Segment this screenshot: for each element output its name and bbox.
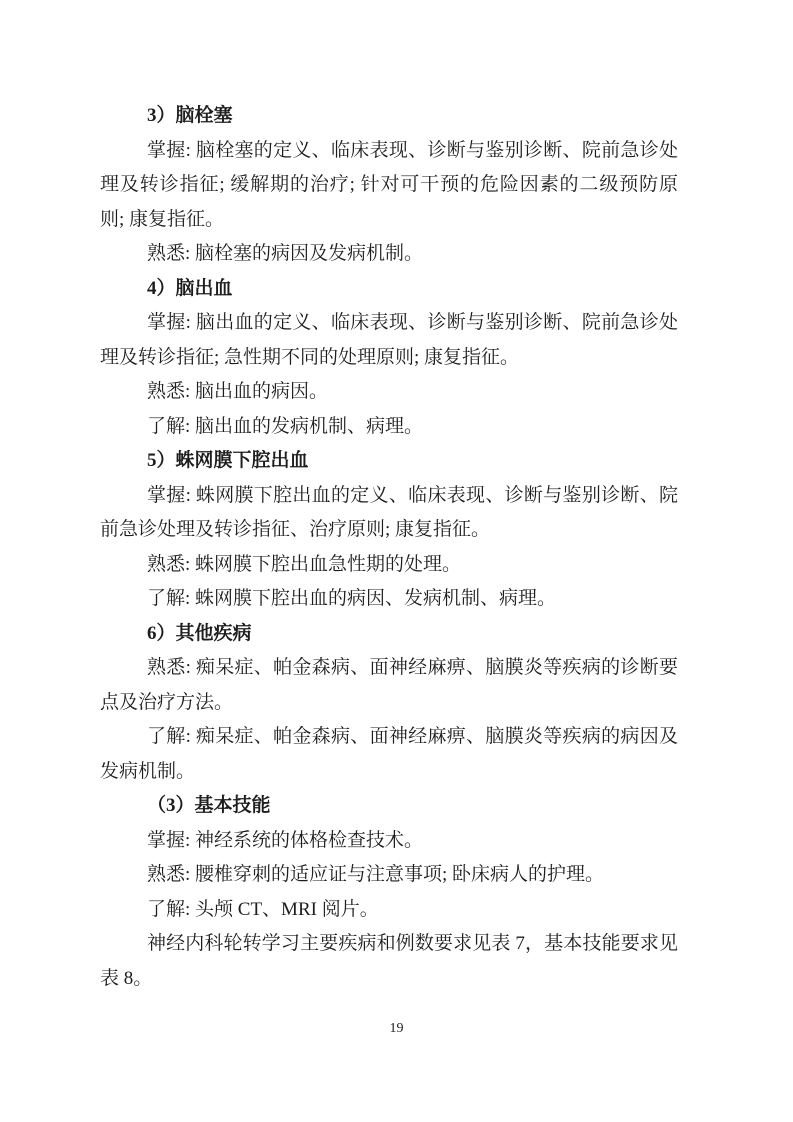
paragraph-line: 熟悉: 痴呆症、帕金森病、面神经麻痹、脑膜炎等疾病的诊断要 bbox=[100, 651, 678, 686]
paragraph-line: 了解: 脑出血的发病机制、病理。 bbox=[100, 410, 678, 445]
paragraph-line: 发病机制。 bbox=[100, 755, 678, 790]
paragraph-line: 点及治疗方法。 bbox=[100, 686, 678, 721]
section-heading: 4）脑出血 bbox=[100, 272, 678, 307]
paragraph-line: 掌握: 脑出血的定义、临床表现、诊断与鉴别诊断、院前急诊处 bbox=[100, 306, 678, 341]
paragraph-line: 熟悉: 脑出血的病因。 bbox=[100, 375, 678, 410]
paragraph-line: 了解: 头颅 CT、MRI 阅片。 bbox=[100, 893, 678, 928]
section-heading: 5）蛛网膜下腔出血 bbox=[100, 444, 678, 479]
paragraph-line: 了解: 蛛网膜下腔出血的病因、发病机制、病理。 bbox=[100, 582, 678, 617]
paragraph-line: 表 8。 bbox=[100, 962, 678, 997]
paragraph-line: 理及转诊指征; 缓解期的治疗; 针对可干预的危险因素的二级预防原 bbox=[100, 168, 678, 203]
paragraph-line: 掌握: 神经系统的体格检查技术。 bbox=[100, 824, 678, 859]
paragraph-line: 理及转诊指征; 急性期不同的处理原则; 康复指征。 bbox=[100, 341, 678, 376]
section-heading: 3）脑栓塞 bbox=[100, 99, 678, 134]
paragraph-line: 则; 康复指征。 bbox=[100, 203, 678, 238]
paragraph-line: 熟悉: 腰椎穿刺的适应证与注意事项; 卧床病人的护理。 bbox=[100, 858, 678, 893]
section-heading: （3）基本技能 bbox=[100, 789, 678, 824]
paragraph-line: 前急诊处理及转诊指征、治疗原则; 康复指征。 bbox=[100, 513, 678, 548]
paragraph-line: 神经内科轮转学习主要疾病和例数要求见表 7，基本技能要求见 bbox=[100, 927, 678, 962]
paragraph-line: 了解: 痴呆症、帕金森病、面神经麻痹、脑膜炎等疾病的病因及 bbox=[100, 720, 678, 755]
page-number: 19 bbox=[0, 1021, 793, 1037]
paragraph-line: 熟悉: 脑栓塞的病因及发病机制。 bbox=[100, 237, 678, 272]
paragraph-line: 掌握: 脑栓塞的定义、临床表现、诊断与鉴别诊断、院前急诊处 bbox=[100, 134, 678, 169]
section-heading: 6）其他疾病 bbox=[100, 617, 678, 652]
document-page: 3）脑栓塞掌握: 脑栓塞的定义、临床表现、诊断与鉴别诊断、院前急诊处理及转诊指征… bbox=[0, 0, 793, 1122]
paragraph-line: 掌握: 蛛网膜下腔出血的定义、临床表现、诊断与鉴别诊断、院 bbox=[100, 479, 678, 514]
document-content: 3）脑栓塞掌握: 脑栓塞的定义、临床表现、诊断与鉴别诊断、院前急诊处理及转诊指征… bbox=[100, 99, 678, 996]
paragraph-line: 熟悉: 蛛网膜下腔出血急性期的处理。 bbox=[100, 548, 678, 583]
